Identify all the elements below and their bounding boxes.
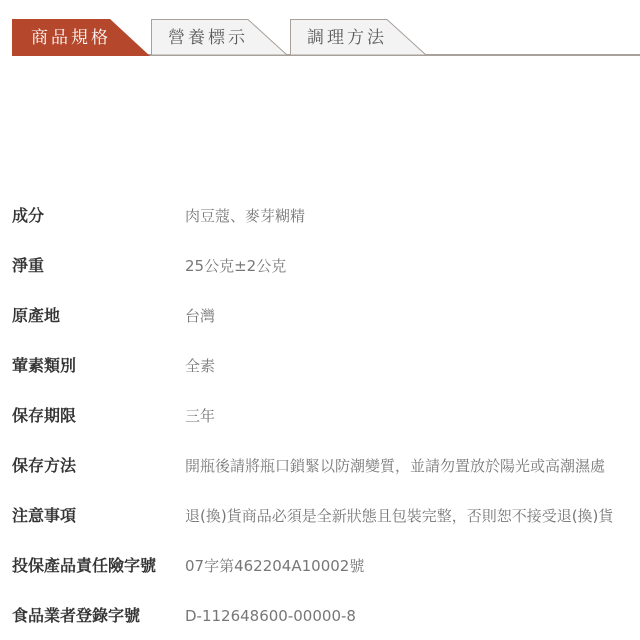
spec-value: 肉豆蔻、麥芽糊精 [185,191,305,241]
spec-row-net-weight: 淨重 25公克±2公克 [0,241,640,291]
spec-row-registration-number: 食品業者登錄字號 D-112648600-00000-8 [0,591,640,640]
spec-value: 退(換)貨商品必須是全新狀態且包裝完整，否則恕不接受退(換)貨 [185,491,613,541]
tab-bar: 商品規格 營養標示 調理方法 [0,0,640,60]
spec-value: 台灣 [185,291,215,341]
tab-product-specs[interactable]: 商品規格 [12,19,152,55]
tab-label: 營養標示 [168,19,248,55]
spec-value: D-112648600-00000-8 [185,591,356,640]
spec-label: 淨重 [12,241,44,291]
spec-label: 成分 [12,191,44,241]
tab-nutrition-facts[interactable]: 營養標示 [151,19,291,55]
spec-value: 25公克±2公克 [185,241,286,291]
spec-label: 原產地 [12,291,60,341]
spec-label: 投保產品責任險字號 [12,541,156,591]
spec-label: 食品業者登錄字號 [12,591,140,640]
spec-row-ingredients: 成分 肉豆蔻、麥芽糊精 [0,191,640,241]
tab-label: 商品規格 [31,19,111,55]
tab-cooking-method[interactable]: 調理方法 [290,19,430,55]
spec-row-insurance-number: 投保產品責任險字號 07字第462204A10002號 [0,541,640,591]
tab-label: 調理方法 [307,19,387,55]
spec-value: 07字第462204A10002號 [185,541,364,591]
spec-label: 葷素類別 [12,341,76,391]
spec-label: 保存方法 [12,441,76,491]
spec-row-shelf-life: 保存期限 三年 [0,391,640,441]
spec-row-diet-type: 葷素類別 全素 [0,341,640,391]
spec-value: 開瓶後請將瓶口鎖緊以防潮變質，並請勿置放於陽光或高潮濕處 [185,441,605,491]
spec-label: 保存期限 [12,391,76,441]
spec-row-origin: 原產地 台灣 [0,291,640,341]
spec-value: 全素 [185,341,215,391]
product-spec-table: 成分 肉豆蔻、麥芽糊精 淨重 25公克±2公克 原產地 台灣 葷素類別 全素 保… [0,191,640,640]
spec-label: 注意事項 [12,491,76,541]
spec-row-storage: 保存方法 開瓶後請將瓶口鎖緊以防潮變質，並請勿置放於陽光或高潮濕處 [0,441,640,491]
spec-value: 三年 [185,391,215,441]
spec-row-notes: 注意事項 退(換)貨商品必須是全新狀態且包裝完整，否則恕不接受退(換)貨 [0,491,640,541]
